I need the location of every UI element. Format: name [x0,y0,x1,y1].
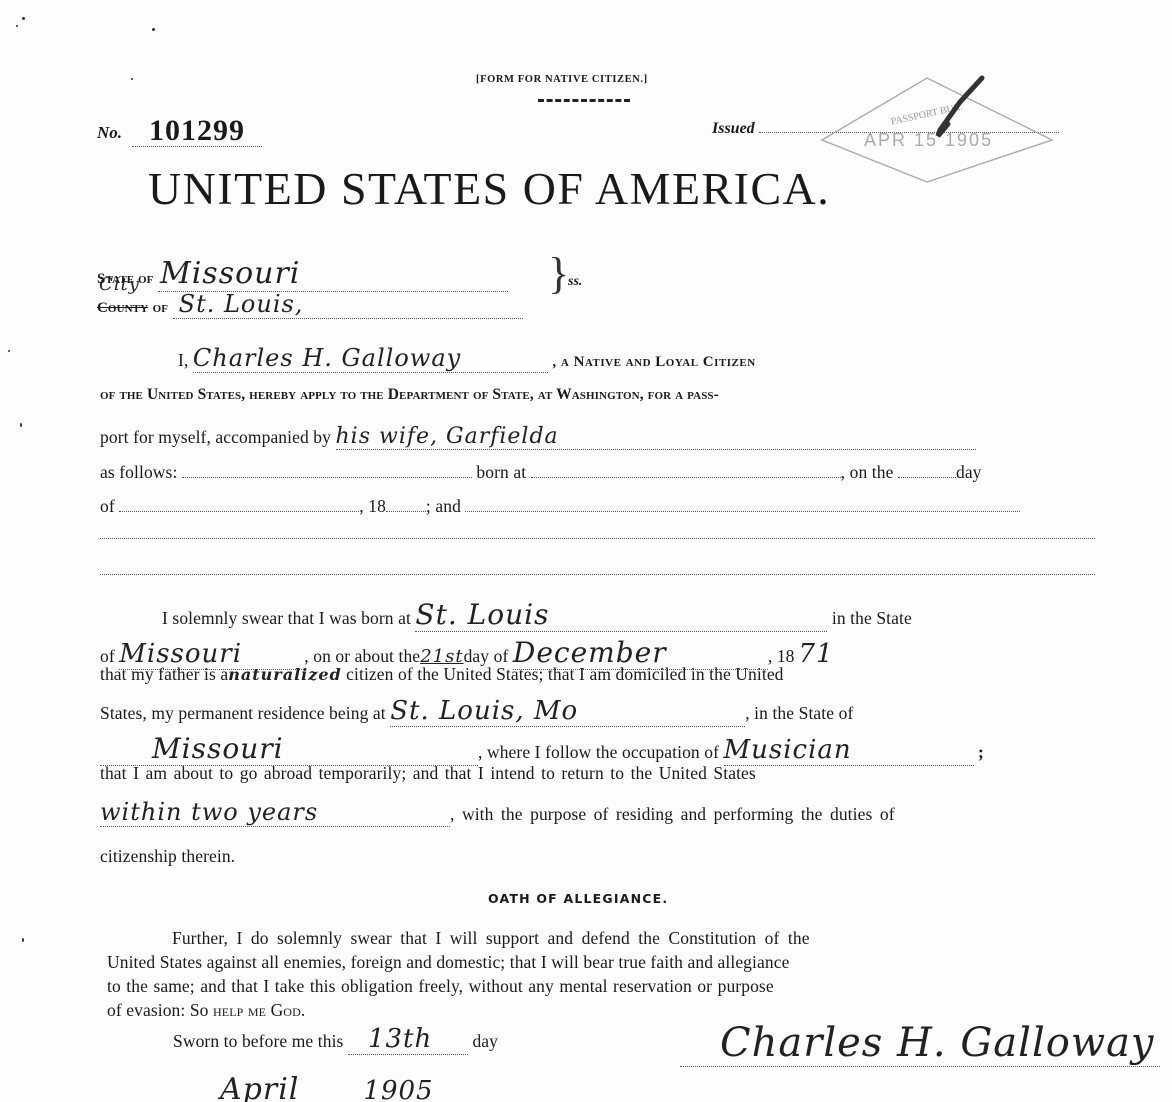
born-at-label: born at [476,462,526,482]
help-me-god-text: help me God. [213,1000,305,1020]
county-line: City County of St. Louis, [97,290,523,319]
sworn-prefix: Sworn to before me this [173,1031,343,1051]
scan-speck [16,25,18,27]
accompanied-label: port for myself, accompanied by [100,427,331,447]
month-field [119,511,359,512]
sworn-month: April [220,1072,299,1102]
return-field: within two years [100,798,450,827]
as-follows-field [182,477,472,478]
birth-place: St. Louis [415,598,549,631]
evasion-text: of evasion: So [107,1000,209,1020]
scan-speck [8,350,10,352]
number-label: No. [97,123,122,142]
signature-line: Charles H. Galloway [680,1020,1160,1067]
sworn-day-field: 13th [348,1024,468,1055]
allegiance-line-2: United States against all enemies, forei… [107,952,789,973]
state-value: Missouri [160,256,300,291]
scan-speck [22,938,24,942]
apply-line: of the United States, hereby apply to th… [100,386,719,404]
abroad-line: that I am about to go abroad temporarily… [100,763,756,784]
ss-label: ss. [568,274,582,290]
blank-line [100,538,1095,539]
form-label-ornament [538,96,630,102]
passport-bureau-stamp: PASSPORT BUR. APR 15 1905 [812,74,1062,184]
signature-field: Charles H. Galloway [680,1020,1160,1067]
father-line: that my father is anaturalized citizen o… [100,664,784,685]
residence-field: St. Louis, Mo [390,696,745,727]
accompanied-value: his wife, Garfielda [336,424,559,449]
stamp-date: APR 15 1905 [864,130,993,150]
year-prefix: , 18 [768,646,795,666]
and-label: ; and [426,496,461,516]
day-of-label: day of [464,646,509,666]
applicant-name-field: Charles H. Galloway [193,344,548,373]
eighteen-label: , 18 [359,496,386,516]
sworn-month-partial: April 1905 [220,1072,434,1102]
residence-state-field: Missouri [100,732,478,766]
county-value: St. Louis, [179,290,304,318]
father-status: naturalized [228,665,341,684]
issued-label: Issued [712,120,755,137]
year-field [386,511,426,512]
residence-line: States, my permanent residence being at … [100,696,853,727]
county-field: St. Louis, [173,290,523,319]
born-at-field [531,477,841,478]
native-citizen-text: , a Native and Loyal Citizen [552,354,755,370]
accompanied-line: port for myself, accompanied by his wife… [100,424,976,450]
scan-speck [131,78,133,80]
i-label: I, [178,350,188,370]
of-label: of [100,646,115,666]
father-prefix: that my father is a [100,664,228,684]
applicant-name: Charles H. Galloway [193,344,461,372]
sworn-line: Sworn to before me this 13th day [173,1024,498,1055]
county-label-struck: County [97,300,148,316]
day-field [898,477,956,478]
as-follows-line: as follows: born at , on the day [100,462,982,483]
on-the-label: , on the [841,462,894,482]
scan-speck [152,28,155,31]
occupation-prefix: , where I follow the occupation of [478,742,719,762]
of-label: of [100,496,115,516]
applicant-signature: Charles H. Galloway [720,1020,1155,1066]
oath-heading: OATH OF ALLEGIANCE. [488,891,668,906]
number-value: 101299 [149,114,245,147]
sworn-day: 13th [368,1024,432,1054]
born-line: I solemnly swear that I was born at St. … [162,598,912,632]
return-suffix: , with the purpose of residing and perfo… [450,804,895,824]
scan-speck [20,423,22,427]
occupation-value: Musician [724,735,852,765]
of-label: of [153,300,168,316]
number-field: 101299 [132,112,262,147]
residence-prefix: States, my permanent residence being at [100,703,386,723]
blank-line [100,574,1095,575]
birth-place-field: St. Louis [415,598,827,632]
allegiance-line-4: of evasion: So help me God. [107,1000,305,1021]
sworn-day-label: day [472,1031,498,1051]
residence-suffix: , in the State of [745,703,853,723]
father-suffix: citizen of the United States; that I am … [346,664,783,684]
as-follows-label: as follows: [100,462,177,482]
on-or-about-label: , on or about the [304,646,420,666]
allegiance-line-3: to the same; and that I take this obliga… [107,976,774,997]
residence-state: Missouri [152,732,284,765]
allegiance-line-1: Further, I do solemnly swear that I will… [172,928,810,949]
and-field [465,511,1020,512]
occupation-line: Missouri , where I follow the occupation… [100,732,984,766]
residence-value: St. Louis, Mo [390,696,578,726]
citizenship-line: citizenship therein. [100,846,235,867]
in-the-state-label: in the State [832,608,912,628]
birth-year: 71 [799,639,834,669]
form-label: [FORM FOR NATIVE CITIZEN.] [476,74,648,85]
return-value: within two years [100,798,318,826]
state-line: State of Missouri [97,256,508,292]
state-field: Missouri [158,256,508,292]
city-handwritten: City [99,274,140,295]
return-line: within two years , with the purpose of r… [100,798,895,827]
accompanied-field: his wife, Garfielda [336,424,976,450]
of-18-line: of , 18; and [100,496,1020,517]
day-label: day [956,462,982,482]
venue-brace: } [548,252,569,296]
document-title: UNITED STATES OF AMERICA. [148,163,830,215]
swear-prefix: I solemnly swear that I was born at [162,608,411,628]
occupation-field: Musician [724,735,974,766]
applicant-line: I, Charles H. Galloway , a Native and Lo… [178,344,756,373]
occupation-suffix: ; [978,742,984,762]
passport-number: No. 101299 [97,112,262,147]
sworn-year: 1905 [363,1076,433,1102]
scan-speck [22,17,25,20]
